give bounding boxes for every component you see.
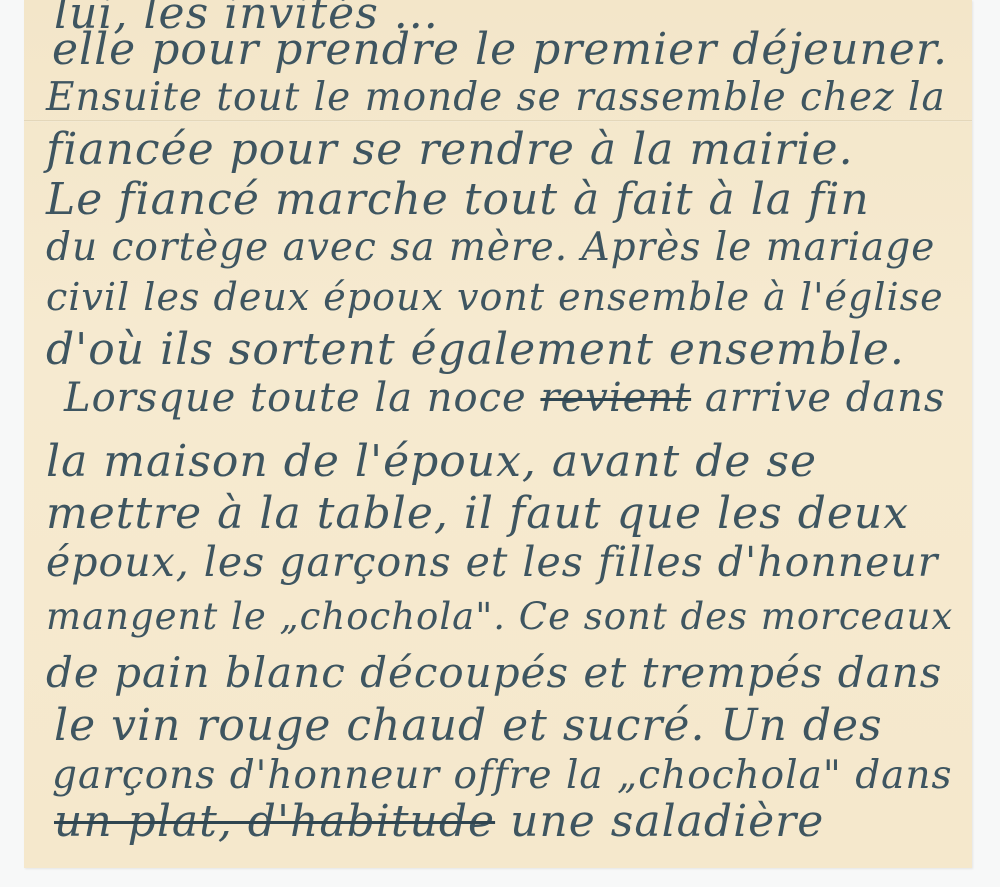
handwritten-line: la maison de l'époux, avant de se bbox=[46, 440, 817, 484]
handwritten-line: elle pour prendre le premier déjeuner. bbox=[52, 28, 948, 72]
handwritten-line: Lorsque toute la noce revient arrive dan… bbox=[64, 378, 945, 418]
handwritten-line: de pain blanc découpés et trempés dans bbox=[46, 652, 942, 694]
paper-fold-line bbox=[24, 120, 972, 122]
handwritten-line: mettre à la table, il faut que les deux bbox=[46, 492, 909, 536]
handwritten-line: du cortège avec sa mère. Après le mariag… bbox=[46, 228, 935, 267]
struck-word: revient bbox=[540, 375, 691, 421]
handwritten-line: mangent le „chochola". Ce sont des morce… bbox=[46, 598, 953, 635]
handwritten-line: d'où ils sortent également ensemble. bbox=[46, 328, 905, 372]
handwritten-line: Ensuite tout le monde se rassemble chez … bbox=[46, 78, 946, 117]
handwritten-line: le vin rouge chaud et sucré. Un des bbox=[54, 704, 883, 748]
handwritten-line: Le fiancé marche tout à fait à la fin bbox=[46, 178, 870, 222]
struck-phrase: un plat, d'habitude bbox=[54, 796, 495, 847]
handwritten-line: époux, les garçons et les filles d'honne… bbox=[46, 542, 938, 583]
handwritten-line: un plat, d'habitude une saladière bbox=[54, 800, 824, 844]
handwritten-line: fiancée pour se rendre à la mairie. bbox=[46, 128, 854, 172]
handwritten-line: garçons d'honneur offre la „chochola" da… bbox=[52, 756, 953, 795]
letter-page: lui, les invités ... elle pour prendre l… bbox=[24, 0, 972, 868]
handwritten-line: civil les deux époux vont ensemble à l'é… bbox=[46, 278, 944, 316]
